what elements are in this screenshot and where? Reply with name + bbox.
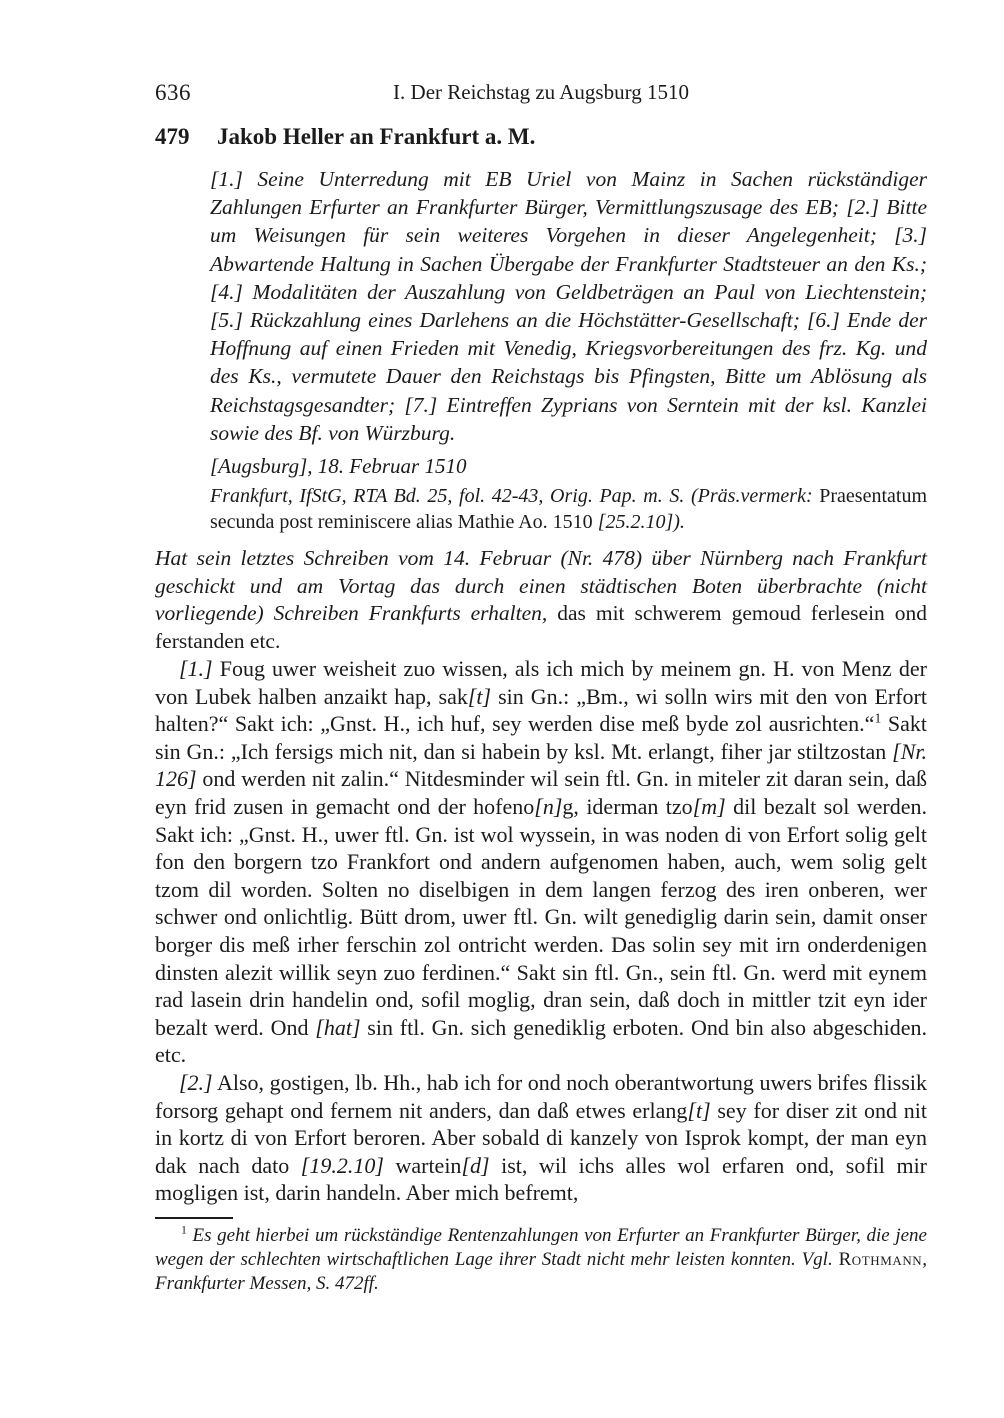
body-paragraph-1: [1.] Foug uwer weisheit zuo wissen, als … (155, 655, 927, 1069)
text-segment: wartein (384, 1153, 462, 1178)
text-segment: [t] (468, 684, 491, 709)
text-segment: [2.] (179, 1070, 213, 1095)
text-segment: [m] (693, 794, 726, 819)
entry-summary: [1.] Seine Unterredung mit EB Uriel von … (210, 165, 927, 447)
text-segment: dil bezalt sol werden. Sakt ich: „Gnst. … (155, 794, 927, 1040)
page-header: 636 I. Der Reichstag zu Augsburg 1510 (155, 80, 927, 108)
entry-number: 479 (155, 124, 190, 150)
footnote-1: 1 Es geht hierbei um rückständige Renten… (155, 1224, 927, 1296)
page-number: 636 (155, 80, 191, 106)
text-segment: g, iderman tzo (562, 794, 692, 819)
regest-paragraph: Hat sein letztes Schreiben vom 14. Febru… (155, 545, 927, 655)
text-segment: [hat] (315, 1015, 360, 1040)
entry-title: Jakob Heller an Frankfurt a. M. (217, 124, 927, 150)
body-paragraph-2: [2.] Also, gostigen, lb. Hh., hab ich fo… (155, 1069, 927, 1207)
text-segment: [1.] (179, 656, 213, 681)
text-segment: [25.2.10]). (598, 511, 685, 533)
date-line: [Augsburg], 18. Februar 1510 (210, 454, 927, 479)
source-citation: Frankfurt, IfStG, RTA Bd. 25, fol. 42-43… (210, 484, 927, 535)
text-segment: Es geht hierbei um rückständige Rentenza… (155, 1225, 927, 1270)
text-segment: [d] (461, 1153, 489, 1178)
text-segment: Rothmann (839, 1249, 923, 1270)
text-segment: [n] (534, 794, 562, 819)
text-segment: [19.2.10] (301, 1153, 384, 1178)
text-segment: [t] (687, 1098, 710, 1123)
text-segment: Frankfurt, IfStG, RTA Bd. 25, fol. 42-43… (210, 485, 819, 507)
text-column: 636 I. Der Reichstag zu Augsburg 1510 47… (155, 0, 927, 1296)
footnote-separator (155, 1217, 233, 1219)
entry-heading: 479 Jakob Heller an Frankfurt a. M. (155, 124, 927, 154)
book-page: 636 I. Der Reichstag zu Augsburg 1510 47… (0, 0, 1004, 1418)
running-title: I. Der Reichstag zu Augsburg 1510 (155, 80, 927, 105)
